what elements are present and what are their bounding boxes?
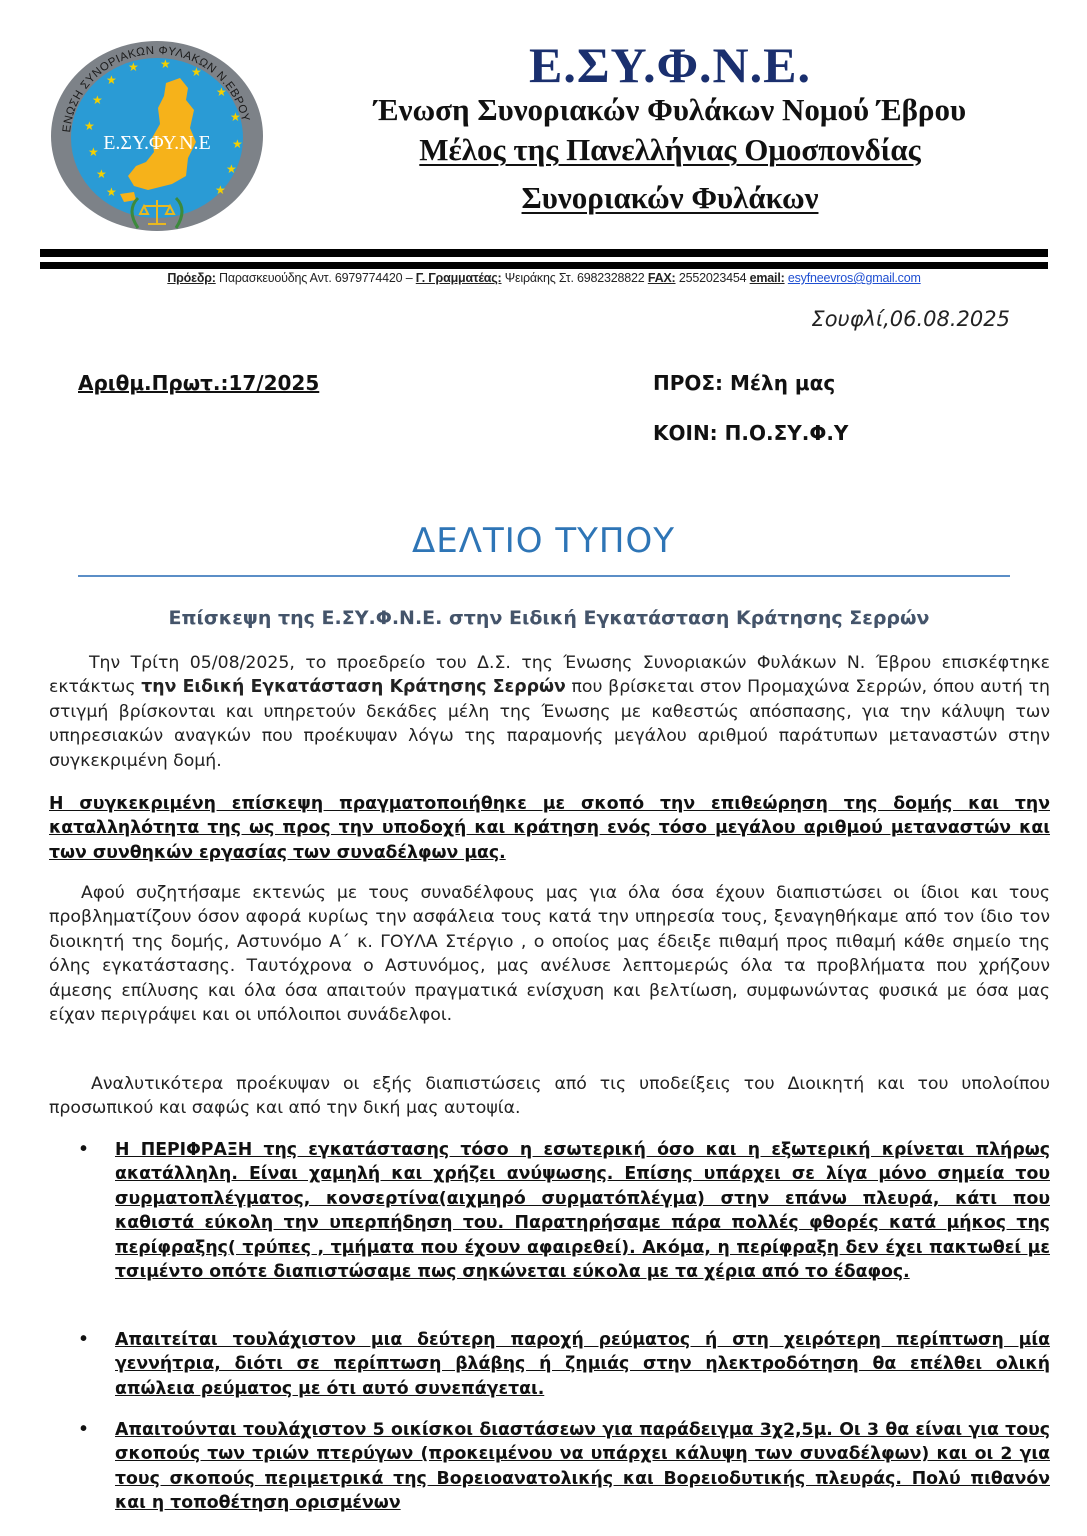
- protocol-number: Αριθμ.Πρωτ.:17/2025: [78, 371, 319, 395]
- svg-text:★: ★: [230, 110, 241, 124]
- paragraph-tour: Αφού συζητήσαμε εκτενώς με τους συναδέλφ…: [49, 881, 1050, 1027]
- svg-text:★: ★: [96, 167, 107, 181]
- organization-acronym: Ε.ΣΥ.Φ.Ν.Ε.: [280, 36, 1060, 94]
- svg-text:★: ★: [160, 57, 171, 71]
- paragraph-intro: Την Τρίτη 05/08/2025, το προεδρείο του Δ…: [49, 651, 1050, 773]
- svg-text:★: ★: [106, 73, 117, 87]
- svg-text:★: ★: [215, 183, 226, 197]
- purpose-text: Η συγκεκριμένη επίσκεψη πραγματοποιήθηκε…: [49, 794, 1050, 863]
- finding-text: Απαιτείται τουλάχιστον μια δεύτερη παροχ…: [115, 1328, 1050, 1401]
- logo-emblem-icon: ΕΝΩΣΗ ΣΥΝΟΡΙΑΚΩΝ ΦΥΛΑΚΩΝ Ν.ΕΒΡΟΥ ★★★ ★★★…: [48, 38, 266, 233]
- email-link[interactable]: esyfneevros@gmail.com: [788, 271, 921, 285]
- email-label: email:: [750, 271, 785, 285]
- press-release-title: ΔΕΛΤΙΟ ΤΥΠΟΥ: [0, 521, 1087, 561]
- organization-name: Ένωση Συνοριακών Φυλάκων Νομού Έβρου: [280, 92, 1060, 128]
- document-date: Σουφλί,06.08.2025: [811, 307, 1010, 331]
- svg-text:★: ★: [216, 85, 227, 99]
- title-divider: [78, 575, 1010, 577]
- svg-text:★: ★: [88, 145, 99, 159]
- svg-text:★: ★: [226, 162, 237, 176]
- intro-facility-name: την Ειδική Εγκατάσταση Κράτησης Σερρών: [141, 677, 566, 697]
- svg-text:★: ★: [106, 185, 117, 199]
- contact-line: Πρόεδρ: Παρασκευούδης Αντ. 6979774420 – …: [40, 271, 1048, 285]
- secretary-label: Γ. Γραμματέας:: [416, 271, 502, 285]
- header-divider-bottom: [40, 262, 1048, 269]
- svg-text:★: ★: [232, 137, 243, 151]
- organization-membership: Μέλος της Πανελλήνιας Ομοσπονδίας: [280, 132, 1060, 168]
- finding-text: Η ΠΕΡΙΦΡΑΞΗ της εγκατάστασης τόσο η εσωτ…: [115, 1138, 1050, 1284]
- organization-federation: Συνοριακών Φυλάκων: [280, 180, 1060, 216]
- secretary-info: Ψειράκης Στ. 6982328822: [505, 271, 645, 285]
- bullet-icon: •: [80, 1418, 87, 1441]
- tour-text: Αφού συζητήσαμε εκτενώς με τους συναδέλφ…: [49, 883, 1050, 1025]
- fax-label: FAX:: [648, 271, 676, 285]
- logo-center-text: Ε.ΣΥ.ΦΥ.Ν.Ε: [103, 132, 211, 154]
- svg-text:★: ★: [128, 60, 139, 74]
- federation-text: Συνοριακών Φυλάκων: [522, 180, 819, 215]
- svg-text:★: ★: [191, 65, 202, 79]
- bullet-icon: •: [80, 1138, 87, 1161]
- header-divider-top: [40, 249, 1048, 257]
- press-release-subtitle: Επίσκεψη της Ε.ΣΥ.Φ.Ν.Ε. στην Ειδική Εγκ…: [0, 607, 1087, 629]
- svg-text:★: ★: [92, 93, 103, 107]
- svg-text:★: ★: [84, 119, 95, 133]
- carbon-copy: ΚΟΙΝ: Π.Ο.ΣΥ.Φ.Υ: [653, 421, 848, 445]
- organization-logo: ΕΝΩΣΗ ΣΥΝΟΡΙΑΚΩΝ ΦΥΛΑΚΩΝ Ν.ΕΒΡΟΥ ★★★ ★★★…: [48, 38, 266, 233]
- president-label: Πρόεδρ:: [167, 271, 215, 285]
- bullet-icon: •: [80, 1328, 87, 1351]
- paragraph-purpose: Η συγκεκριμένη επίσκεψη πραγματοποιήθηκε…: [49, 792, 1050, 865]
- fax-number: 2552023454: [679, 271, 747, 285]
- recipient: ΠΡΟΣ: Μέλη μας: [653, 371, 835, 395]
- paragraph-findings-intro: Αναλυτικότερα προέκυψαν οι εξής διαπιστώ…: [49, 1072, 1050, 1121]
- finding-text: Απαιτούνται τουλάχιστον 5 οικίσκοι διαστ…: [115, 1418, 1050, 1516]
- president-info: Παρασκευούδης Αντ. 6979774420 –: [219, 271, 412, 285]
- findings-intro-text: Αναλυτικότερα προέκυψαν οι εξής διαπιστώ…: [49, 1074, 1050, 1118]
- membership-text: Μέλος της Πανελλήνιας Ομοσπονδίας: [419, 132, 920, 167]
